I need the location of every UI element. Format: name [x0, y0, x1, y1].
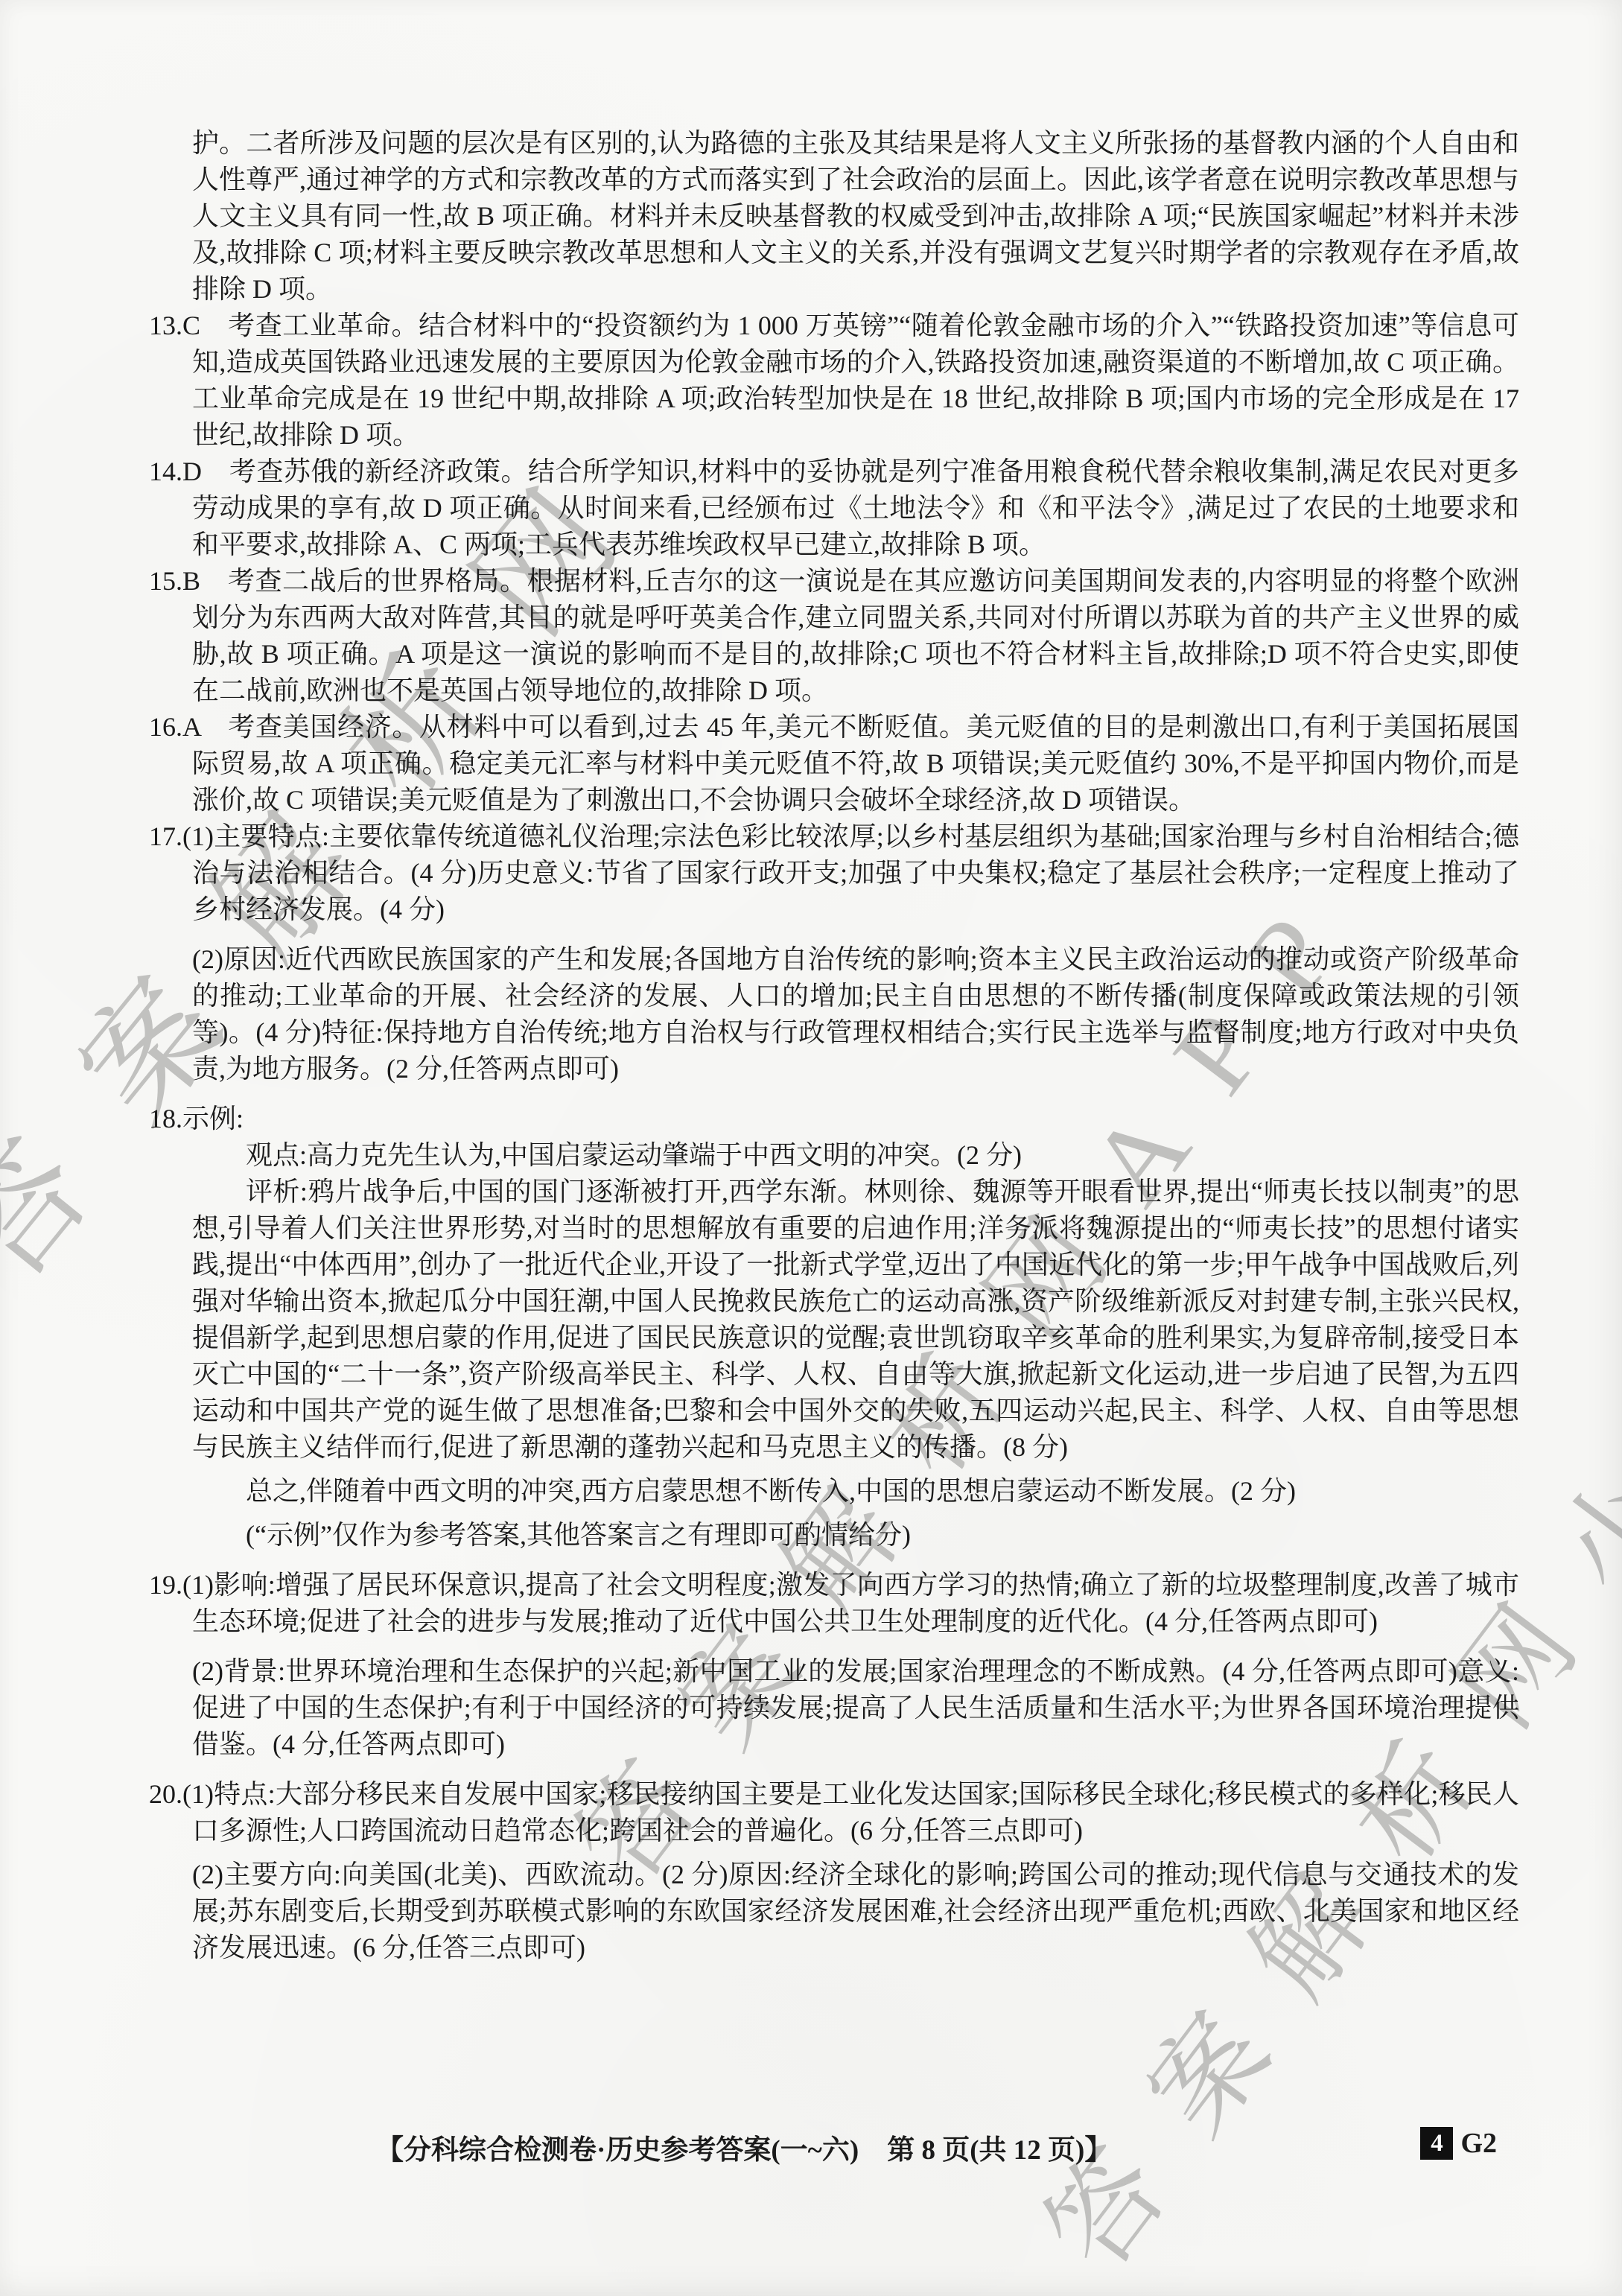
item-16-answer: 16.A 考查美国经济。从材料中可以看到,过去 45 年,美元不断贬值。美元贬值…	[192, 709, 1519, 818]
item-15-answer: 15.B 考查二战后的世界格局。根据材料,丘吉尔的这一演说是在其应邀访问美国期间…	[192, 563, 1519, 709]
page-number-badge: 4	[1420, 2127, 1453, 2160]
item-17-part2: (2)原因:近代西欧民族国家的产生和发展;各国地方自治传统的影响;资本主义民主政…	[192, 941, 1519, 1087]
item-18-viewpoint: 观点:高力克先生认为,中国启蒙运动肇端于中西文明的冲突。(2 分)	[192, 1137, 1519, 1174]
page-indicator: 第 8 页(共 12 页)】	[887, 2135, 1112, 2166]
item-20-part1: 20.(1)特点:大部分移民来自发展中国家;移民接纳国主要是工业化发达国家;国际…	[192, 1776, 1519, 1849]
item-19-part1: 19.(1)影响:增强了居民环保意识,提高了社会文明程度;激发了向西方学习的热情…	[192, 1567, 1519, 1640]
item-19-part2: (2)背景:世界环境治理和生态保护的兴起;新中国工业的发展;国家治理理念的不断成…	[192, 1653, 1519, 1763]
footer-code-block: 4 G2	[1420, 2127, 1497, 2160]
print-code: G2	[1460, 2127, 1497, 2160]
item-17-part1: 17.(1)主要特点:主要依靠传统道德礼仪治理;宗法色彩比较浓厚;以乡村基层组织…	[192, 818, 1519, 928]
page-footer: 【分科综合检测卷·历史参考答案(一~六)第 8 页(共 12 页)】 4 G2	[0, 2127, 1622, 2166]
item-18-analysis: 评析:鸦片战争后,中国的国门逐渐被打开,西学东渐。林则徐、魏源等开眼看世界,提出…	[192, 1174, 1519, 1466]
item-13-answer: 13.C 考查工业革命。结合材料中的“投资额约为 1 000 万英镑”“随着伦敦…	[192, 308, 1519, 454]
item-12-continuation: 护。二者所涉及问题的层次是有区别的,认为路德的主张及其结果是将人文主义所张扬的基…	[192, 125, 1519, 308]
item-20-part2: (2)主要方向:向美国(北美)、西欧流动。(2 分)原因:经济全球化的影响;跨国…	[192, 1857, 1519, 1966]
footer-title-block: 【分科综合检测卷·历史参考答案(一~六)第 8 页(共 12 页)】	[376, 2127, 1112, 2167]
item-18-conclusion: 总之,伴随着中西文明的冲突,西方启蒙思想不断传入,中国的思想启蒙运动不断发展。(…	[192, 1473, 1519, 1510]
answer-sheet-content: 护。二者所涉及问题的层次是有区别的,认为路德的主张及其结果是将人文主义所张扬的基…	[192, 125, 1519, 1966]
item-18-note: (“示例”仅作为参考答案,其他答案言之有理即可酌情给分)	[192, 1517, 1519, 1554]
document-page: 答案解析网答案解析网APP答案解析网小程序 护。二者所涉及问题的层次是有区别的,…	[0, 0, 1622, 2296]
booklet-title: 【分科综合检测卷·历史参考答案(一~六)	[376, 2135, 859, 2166]
item-14-answer: 14.D 考查苏俄的新经济政策。结合所学知识,材料中的妥协就是列宁准备用粮食税代…	[192, 454, 1519, 563]
item-18-heading: 18.示例:	[192, 1101, 1519, 1137]
